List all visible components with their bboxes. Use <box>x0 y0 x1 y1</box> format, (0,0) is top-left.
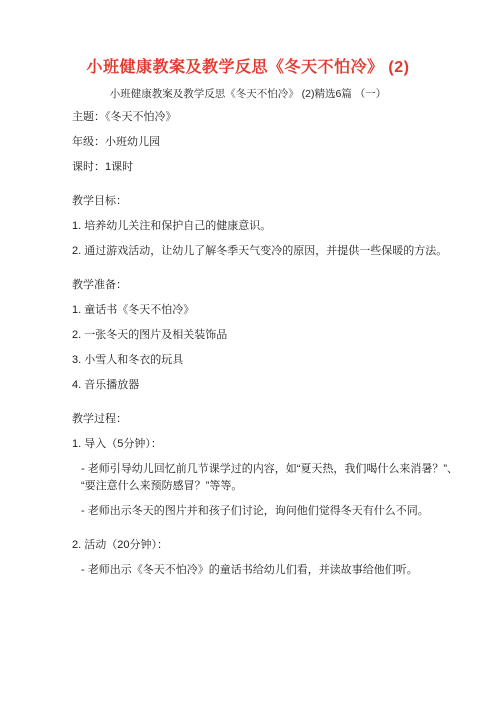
paragraph: - 老师引导幼儿回忆前几节课学过的内容，如“夏天热，我们喝什么来消暑？”、 “要… <box>72 461 468 495</box>
paragraph: 3. 小雪人和冬衣的玩具 <box>72 352 468 369</box>
page-subtitle: 小班健康教案及教学反思《冬天不怕冷》 (2)精选6篇 （一） <box>0 87 496 102</box>
paragraph: 年级：小班幼儿园 <box>72 134 468 151</box>
section-heading: 教学目标： <box>72 193 468 210</box>
section-heading: 教学准备： <box>72 277 468 294</box>
paragraph: 4. 音乐播放器 <box>72 377 468 394</box>
document-page: 小班健康教案及教学反思《冬天不怕冷》 (2) 小班健康教案及教学反思《冬天不怕冷… <box>0 0 496 702</box>
document-body: 主题：《冬天不怕冷》年级：小班幼儿园课时：1课时教学目标：1. 培养幼儿关注和保… <box>72 109 468 579</box>
paragraph: 1. 培养幼儿关注和保护自己的健康意识。 <box>72 218 468 235</box>
paragraph: 1. 童话书《冬天不怕冷》 <box>72 302 468 319</box>
paragraph: - 老师出示冬天的图片并和孩子们讨论，询问他们觉得冬天有什么不同。 <box>72 503 468 520</box>
paragraph: - 老师出示《冬天不怕冷》的童话书给幼儿们看，并读故事给他们听。 <box>72 562 468 579</box>
paragraph: 2. 活动（20分钟）： <box>72 537 468 554</box>
paragraph: 2. 通过游戏活动，让幼儿了解冬季天气变冷的原因，并提供一些保暖的方法。 <box>72 243 468 260</box>
paragraph: 课时：1课时 <box>72 159 468 176</box>
paragraph: 2. 一张冬天的图片及相关装饰品 <box>72 327 468 344</box>
page-title: 小班健康教案及教学反思《冬天不怕冷》 (2) <box>0 56 496 80</box>
section-heading: 教学过程： <box>72 411 468 428</box>
paragraph: 主题：《冬天不怕冷》 <box>72 109 468 126</box>
paragraph: 1. 导入（5分钟）： <box>72 436 468 453</box>
